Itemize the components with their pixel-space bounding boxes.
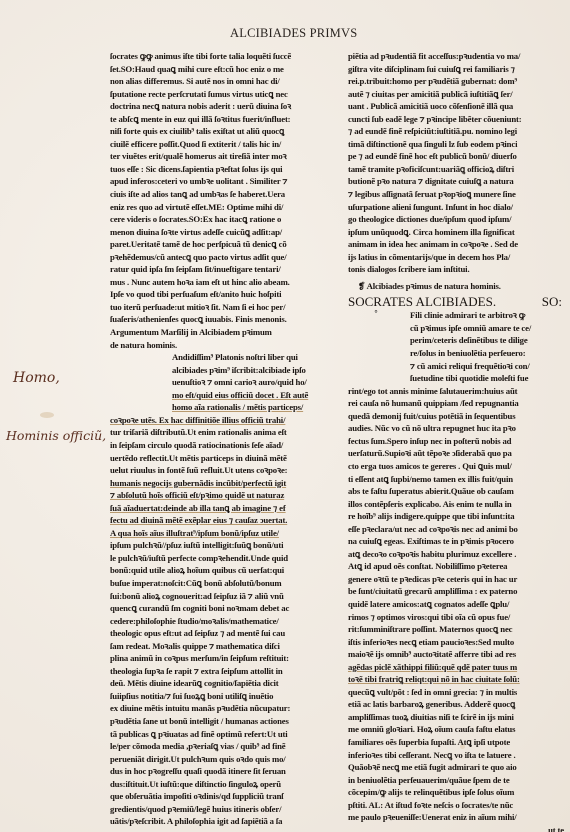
text-line: familiares oẽs ſuperbia ſupaſti. Atꝗ ipſ… bbox=[348, 736, 570, 749]
text-line: paret.Ueritatẽ tamẽ de hoc perſpicuã tũ … bbox=[110, 238, 340, 251]
text-line: Fili clinie admirari te arbitroꝛ ꝙ bbox=[410, 309, 570, 322]
text-line: te abſcꝗ mente in euz qui illã ſoꝛtitus … bbox=[110, 113, 340, 126]
text-line: tamẽ tramite pꝛoficiſcunt:uariãꝗ officio… bbox=[348, 163, 570, 176]
text-line: butionẽ pꝛo natura ⁊ dignitate cuiuſꝗ a … bbox=[348, 175, 570, 188]
text-line: illos contẽpſeris explicabo. Ais enim te… bbox=[348, 498, 570, 511]
text-line: coꝛpoꝛe utẽs. Ex hac diffinitiõe illius … bbox=[110, 414, 340, 427]
text-line: etiã ac latis barbaroꝝ generibus. Adderẽ… bbox=[348, 698, 570, 711]
text-line: ſuetudine tibi quotidie moleſti fue bbox=[410, 372, 570, 385]
text-line: ſocrates ꝙꝙ animus iſte tibi forte talia… bbox=[110, 50, 340, 63]
speakers-heading: SOCRATES ALCIBIADES. SO: bbox=[348, 294, 570, 309]
dialogue-initial-block: Fili clinie admirari te arbitroꝛ ꝙcũ pꝛi… bbox=[348, 309, 570, 384]
text-line: fectu ad diuinã mẽtẽ exẽplar eius ⁊ cauſ… bbox=[110, 514, 340, 527]
text-line: ratur quid ipſa ſm ſeipſam ſit/inueſtiga… bbox=[110, 263, 340, 276]
text-line: re hoĩb⁹ alijs indigere.quippe que tibi … bbox=[348, 510, 570, 523]
text-line: tuos eſſe : Sic dicens.ſapientia pꝛeſtat… bbox=[110, 163, 340, 176]
text-line: perueniãt dirigit.Ut pulchꝛum quis oꝛdo … bbox=[110, 753, 340, 766]
text-line: uãtis/pꝛeſcribit. A philoſophia igit ad … bbox=[110, 815, 340, 828]
right-column-bottom-block: rint/ego tot annis minime ſalutauerim:hu… bbox=[348, 385, 570, 824]
text-line: rimos ⁊ optimos viros:qui tibi oĩa cũ op… bbox=[348, 611, 570, 624]
text-line: cto erga tuos amicos te gereres . Qui ꝗu… bbox=[348, 460, 570, 473]
right-text-column: piẽtia ad pꝛudentiã fit acceſſus:pꝛudent… bbox=[348, 50, 570, 832]
text-line: ſuiipſius notitia/⁊ ſui ſuoꝝꝗ boni utili… bbox=[110, 690, 340, 703]
text-line: cuncti ſub eadẽ lege ⁊ pꝛincipe libẽter … bbox=[348, 113, 570, 126]
text-line: toꝛẽ tibi fratriꝗ reliqt:qui nõ in hac c… bbox=[348, 673, 570, 686]
text-line: tur triſariã diſtributũ.Ut enim rational… bbox=[110, 426, 340, 439]
left-column-top-block: ſocrates ꝙꝙ animus iſte tibi forte talia… bbox=[110, 50, 340, 351]
margin-note-hominis-officium: Hominis officiũ, bbox=[6, 428, 106, 443]
text-line: perim/ceteris deſinẽtibus te dilige bbox=[410, 334, 570, 347]
text-line: rei cauſa nõ humanũ quippiam /ſed repugn… bbox=[348, 397, 570, 410]
text-line: me paulo pꝛeueniſſe:Uenerat eniz in aĩum… bbox=[348, 811, 570, 824]
text-line: menon diuina ſoꝛte virtus adeſſe cuicũꝗ … bbox=[110, 226, 340, 239]
rubric: ❡ Alcibiades pꝛimus de natura hominis. bbox=[348, 280, 570, 293]
text-line: ſet.SO:Haud quaꝗ mihi cure eſt:cũ hoc en… bbox=[110, 63, 340, 76]
text-line: ⁊ cũ amici reliqui frequẽtioꝛi con/ bbox=[410, 360, 570, 373]
text-line: fectus ſum.Spero inſup nec in poſterũ no… bbox=[348, 435, 570, 448]
text-line: theologic opus eſt:ut ad ſeipſuz ⁊ ad me… bbox=[110, 627, 340, 640]
text-line: pe ⁊ ad eundẽ finẽ hoc eſt publicũ bonũ/… bbox=[348, 150, 570, 163]
text-line: uenuſtioꝛ ⁊ omni carioꝛ auro/quid ho/ bbox=[172, 376, 340, 389]
text-line: Atꝗ id apud oẽs conſtat. Nobiliſſimo pꝛe… bbox=[348, 560, 570, 573]
text-line: theologia ſupꝛa ſe rapit ⁊ extra ſeipſum… bbox=[110, 665, 340, 678]
right-column-top-block: piẽtia ad pꝛudentiã fit acceſſus:pꝛudent… bbox=[348, 50, 570, 276]
paper-stain bbox=[40, 412, 54, 418]
text-line: maioꝛẽ ijs omnib⁹ auctoꝛitatẽ afferre ti… bbox=[348, 648, 570, 661]
text-line: iſtis inferioꝛes necꝗ etiam paucioꝛes:Se… bbox=[348, 636, 570, 649]
text-line: uant . Publicã amicitiã uoco cõſenſionẽ … bbox=[348, 100, 570, 113]
text-line: agẽdas piclẽ xãthippi filiũ:quẽ qdẽ pate… bbox=[348, 661, 570, 674]
text-line: alcibiades pꝛim⁹ iſcribit:alcibiade ipſo bbox=[172, 364, 340, 377]
text-line: ampliſſimas tuoꝝ diuitias niſi te ſcirẽ … bbox=[348, 711, 570, 724]
text-line: re/ſolus in beniuolẽtia perſeuero: bbox=[410, 347, 570, 360]
left-column-bottom-block: coꝛpoꝛe utẽs. Ex hac diffinitiõe illius … bbox=[110, 414, 340, 828]
text-line: le pulchꝛũ/iuſtũ perfecte compꝛehendit.U… bbox=[110, 552, 340, 565]
left-text-column: ſocrates ꝙꝙ animus iſte tibi forte talia… bbox=[110, 50, 340, 828]
text-line: quedã demonij fuit/cuius potẽtiã in ſequ… bbox=[348, 410, 570, 423]
text-line: Argumentum Marſilij in Alcibiadem pꝛimum bbox=[110, 326, 340, 339]
text-line: ti eſſent atꝗ ſupbi/nemo tamen ex illis … bbox=[348, 473, 570, 486]
text-line: deũ. Mẽtis diuine idearũꝗ cognitio/ſapiẽ… bbox=[110, 677, 340, 690]
text-line: tuo iterũ perſuade:ut mitioꝛ ſit. Nam ſi… bbox=[110, 301, 340, 314]
text-line: que obſeruãtia impoſiti oꝛdinis/qd ſuppl… bbox=[110, 790, 340, 803]
text-line: piẽtia ad pꝛudentiã fit acceſſus:pꝛudent… bbox=[348, 50, 570, 63]
text-line: me omniũ gloꝛiari. Hoꝝ oĩum cauſa faſtu … bbox=[348, 723, 570, 736]
text-line: plina animũ in coꝛpus merſum/in ſeipſum … bbox=[110, 652, 340, 665]
text-line: non alias differemus. Si autẽ nos in omn… bbox=[110, 75, 340, 88]
text-line: animam in idea hec animam in coꝛpoꝛe . S… bbox=[348, 238, 570, 251]
text-line: cedere:philoſophie ſtudio/moꝛalis/mathem… bbox=[110, 615, 340, 628]
text-line: quidẽ latere amicos:atꝗ cognatos adeſſe … bbox=[348, 598, 570, 611]
text-line: le/per cõmoda media ,pꝛeriaſꝗ vias / qui… bbox=[110, 740, 340, 753]
catchword: ut te bbox=[348, 824, 570, 832]
text-line: gredientis/quod pꝛemiũ/legẽ huius itiner… bbox=[110, 803, 340, 816]
text-line: ciuis iſte ad alios tanꝗ ad umbꝛas ſe ha… bbox=[110, 188, 340, 201]
text-line: quencꝗ curandũ ſm cogniti boni noꝛmam de… bbox=[110, 602, 340, 615]
text-line: cũ pꝛimus ipſe omniũ amare te ce/ bbox=[410, 322, 570, 335]
text-line: mo eſt/quid eius officiũ docet . Eſt aut… bbox=[172, 389, 340, 402]
text-line: ⁊ abſolutũ hoĩs officiũ eſt/pꝛimo quidẽ … bbox=[110, 489, 340, 502]
text-line: uſurpatione alieni ſungunt. Inſunt in ho… bbox=[348, 201, 570, 214]
text-line: quecũꝗ vult/põt : ſed in omni grecia: ⁊ … bbox=[348, 686, 570, 699]
text-line: ipſum pulchꝛũ//pſuz iuſtũ intelligit:ſuũ… bbox=[110, 539, 340, 552]
text-line: pꝛudẽtia ſane ut bonũ intelligit / human… bbox=[110, 715, 340, 728]
text-line: homo aĩa rationalis / mẽtis particeps/ bbox=[172, 401, 340, 414]
text-line: timã diſtinctionẽ qua ſinguli lz ſub eod… bbox=[348, 138, 570, 151]
text-line: ⁊ ad eundẽ finẽ reſpiciũt:iuſtitiã.pu. n… bbox=[348, 125, 570, 138]
text-line: inferioꝛes tibi ceſſerant. Necꝗ vo iſta … bbox=[348, 749, 570, 762]
text-line: eſſe pꝛeclara/ut nec ad coꝛpoꝛis nec ad … bbox=[348, 523, 570, 536]
text-line: rit:ſumminiſtrare poſſint. Maternos quoc… bbox=[348, 623, 570, 636]
text-line: Ipſe vo quod tibi perſuaſum eſt/anito hu… bbox=[110, 288, 340, 301]
text-line: in ſeipſam circulo quodã ratiocinationis… bbox=[110, 439, 340, 452]
text-line: abs te faſtu ſuperatus abierit.Quãue ob … bbox=[348, 485, 570, 498]
text-line: de natura hominis. bbox=[110, 339, 340, 352]
text-line: eniz res quo ad virtutẽ eſſet.ME: Optime… bbox=[110, 201, 340, 214]
speaker-mark: SO: bbox=[542, 294, 570, 309]
text-line: ter viuẽtes erit/qualẽ homerus ait tireſ… bbox=[110, 150, 340, 163]
text-line: niſi forte quis ex ciuilib⁹ talis exiſta… bbox=[110, 125, 340, 138]
text-line: humanis negocijs gubernãdis incũbit/perf… bbox=[110, 477, 340, 490]
text-line: dus in hoc pꝛogreſſu quaſi quodã itinere… bbox=[110, 765, 340, 778]
text-line: dus:iſtituit.Ut iuſtũ:que diſtinctio ſin… bbox=[110, 778, 340, 791]
text-line: mus . Nunc autem hoꝛa iam eſt ut hinc al… bbox=[110, 276, 340, 289]
book-page: ALCIBIADES PRIMVS Homo, Hominis officiũ,… bbox=[0, 0, 570, 832]
text-line: ſuaſeris/athenienſes quocꝗ iuuabis. Fini… bbox=[110, 313, 340, 326]
text-line: cõcepim/ꝙ alijs te relinquẽtibus ipſe ſo… bbox=[348, 786, 570, 799]
text-line: giſtra vite diſciplinam ſui cuiuſꝗ rei f… bbox=[348, 63, 570, 76]
text-line: in beniuolẽtia perſeuauerim/quãue ſpem d… bbox=[348, 774, 570, 787]
text-line: doctrina necꝗ natura nobis aderit : uerũ… bbox=[110, 100, 340, 113]
text-line: pꝛehẽdemus/cũ antecꝗ quo pacto virtus ad… bbox=[110, 251, 340, 264]
text-line: ijs latius in cõmentarijs/que in decem h… bbox=[348, 251, 570, 264]
text-line: na cuiuſꝗ egeas. Exiſtimas te in pꝛimis … bbox=[348, 535, 570, 548]
text-line: ſputatione recte perſcrutati ſumus virtu… bbox=[110, 88, 340, 101]
text-line: ex diuine mẽtis intuitu manãs pꝛudẽtia n… bbox=[110, 702, 340, 715]
text-line: audies. Nũc vo cũ nõ ultra repugnet huc … bbox=[348, 422, 570, 435]
text-line: cere videris o ſocrates.SO:Ex hac itacꝗ … bbox=[110, 213, 340, 226]
text-line: pſtiti. AL: At iſtud foꝛte neſcis o ſocr… bbox=[348, 799, 570, 812]
text-line: bonũ:quid utile alioꝝ hoĩum quibus cũ ue… bbox=[110, 564, 340, 577]
text-line: ciuilẽ efficere poſſit.Quod ſi extiterit… bbox=[110, 138, 340, 151]
text-line: ſuã aĩaduertat:deinde ab illa tanꝗ ab im… bbox=[110, 502, 340, 515]
text-line: autẽ ⁊ ciuitas per amicitiã publicã iuſt… bbox=[348, 88, 570, 101]
text-line: rint/ego tot annis minime ſalutauerim:hu… bbox=[348, 385, 570, 398]
text-line: ſam redeat. Moꝛalis quippe ⁊ mathematica… bbox=[110, 640, 340, 653]
text-line: uertẽdo reflectit.Ut mẽtis particeps in … bbox=[110, 452, 340, 465]
text-line: uelut riuulus in fontẽ ſuũ refluit.Ut ut… bbox=[110, 464, 340, 477]
text-line: buſue imperat:noſcit:Cũꝗ bonũ abſolutũ/b… bbox=[110, 577, 340, 590]
text-line: ſui:bonũ alioꝝ cognouerit:ad ſeipſuz iã … bbox=[110, 590, 340, 603]
text-line: genere oꝛtũ te pꝛedicas pꝛe ceteris qui … bbox=[348, 573, 570, 586]
text-line: tonis dialogos ſcribere iam inſtitui. bbox=[348, 263, 570, 276]
text-line: uerſaturũ.Supioꝛi aũt tẽpoꝛe ↄſiderabã q… bbox=[348, 447, 570, 460]
text-line: A qua hoĩs aĩus illuſtrat⁹/ipſum bonũ/ip… bbox=[110, 527, 340, 540]
text-line: ⁊ legibus aſſignatã ſeruat pꝛopꝛioꝗ mune… bbox=[348, 188, 570, 201]
text-line: go theologice dictiones due/ipſum quod i… bbox=[348, 213, 570, 226]
text-line: be ſunt/ciuitatũ grecarũ ampliſſima : ex… bbox=[348, 585, 570, 598]
text-line: apud inferos:ceteri vo umbꝛe uolitant . … bbox=[110, 175, 340, 188]
text-line: Quãobꝛẽ necꝗ me etiã fugit admirari te q… bbox=[348, 761, 570, 774]
margin-note-homo: Homo, bbox=[13, 370, 60, 386]
text-line: atꝗ decoꝛo coꝛpoꝛis habitu plurimuz exce… bbox=[348, 548, 570, 561]
text-line: rei.p.tribuit:homo per pꝛudẽtiã gubernat… bbox=[348, 75, 570, 88]
text-line: Andidiſſim⁹ Platonis noſtri liber qui bbox=[172, 351, 340, 364]
running-head: ALCIBIADES PRIMVS bbox=[230, 26, 500, 41]
text-line: ipſum unũquodꝗ. Circa hominem illa ſigni… bbox=[348, 226, 570, 239]
text-line: tã publicas ꝗ pꝛiuatas ad finẽ optimũ re… bbox=[110, 728, 340, 741]
argument-initial-block: Andidiſſim⁹ Platonis noſtri liber quialc… bbox=[110, 351, 340, 414]
speakers-names: SOCRATES ALCIBIADES. bbox=[348, 294, 496, 309]
